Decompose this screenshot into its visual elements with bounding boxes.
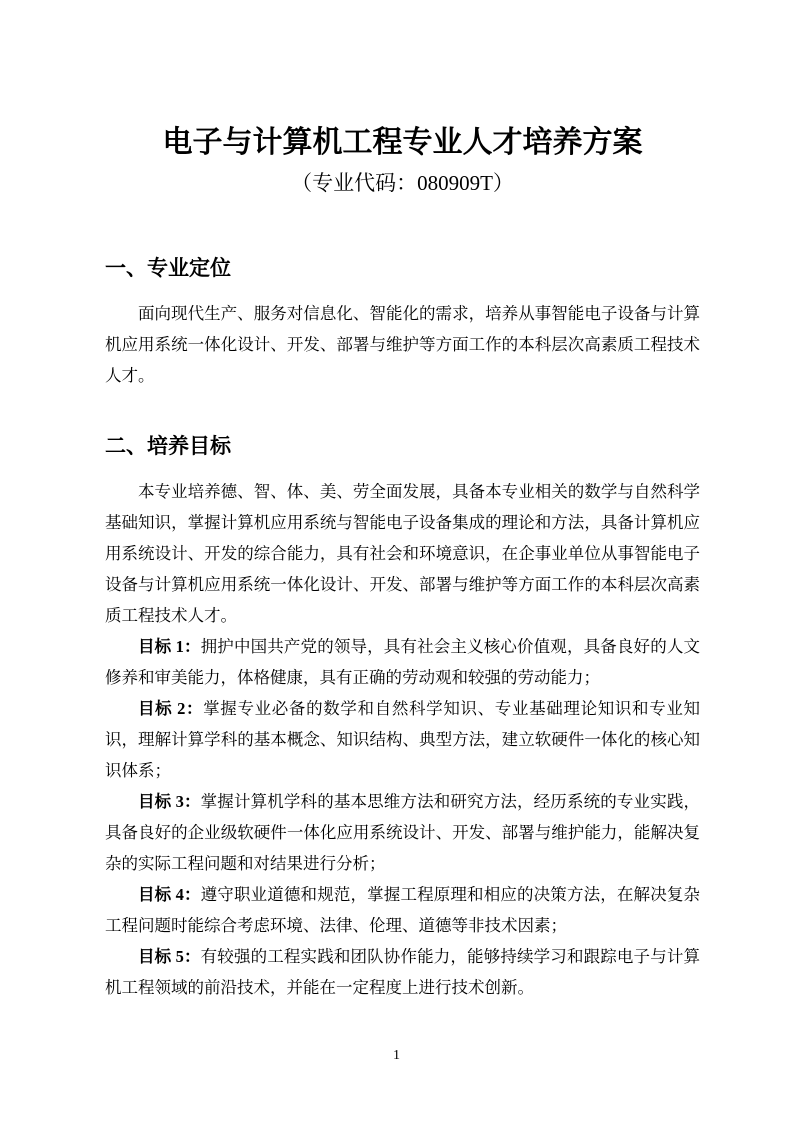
- section-heading-positioning: 一、专业定位: [105, 253, 700, 284]
- document-page: 电子与计算机工程专业人才培养方案 （专业代码：080909T） 一、专业定位 面…: [0, 0, 793, 1122]
- objective-4-label: 目标 4：: [138, 885, 201, 904]
- objective-2-label: 目标 2：: [138, 699, 203, 718]
- document-subtitle: （专业代码：080909T）: [105, 169, 700, 197]
- objective-1-label: 目标 1：: [138, 637, 201, 656]
- section-heading-objectives: 二、培养目标: [105, 431, 700, 462]
- paragraph-objective-5: 目标 5：有较强的工程实践和团队协作能力，能够持续学习和跟踪电子与计算机工程领域…: [105, 941, 700, 1003]
- paragraph-objectives-intro: 本专业培养德、智、体、美、劳全面发展，具备本专业相关的数学与自然科学基础知识，掌…: [105, 476, 700, 631]
- paragraph-positioning: 面向现代生产、服务对信息化、智能化的需求，培养从事智能电子设备与计算机应用系统一…: [105, 298, 700, 391]
- paragraph-objective-1: 目标 1：拥护中国共产党的领导，具有社会主义核心价值观，具备良好的人文修养和审美…: [105, 631, 700, 693]
- page-number: 1: [0, 1048, 793, 1064]
- paragraph-text: 面向现代生产、服务对信息化、智能化的需求，培养从事智能电子设备与计算机应用系统一…: [105, 304, 700, 385]
- paragraph-text: 本专业培养德、智、体、美、劳全面发展，具备本专业相关的数学与自然科学基础知识，掌…: [105, 482, 700, 625]
- paragraph-objective-2: 目标 2：掌握专业必备的数学和自然科学知识、专业基础理论知识和专业知识，理解计算…: [105, 693, 700, 786]
- objective-3-label: 目标 3：: [138, 792, 201, 811]
- paragraph-objective-4: 目标 4：遵守职业道德和规范，掌握工程原理和相应的决策方法，在解决复杂工程问题时…: [105, 879, 700, 941]
- paragraph-objective-3: 目标 3：掌握计算机学科的基本思维方法和研究方法，经历系统的专业实践，具备良好的…: [105, 786, 700, 879]
- objective-5-label: 目标 5：: [138, 947, 201, 966]
- document-title: 电子与计算机工程专业人才培养方案: [105, 125, 700, 161]
